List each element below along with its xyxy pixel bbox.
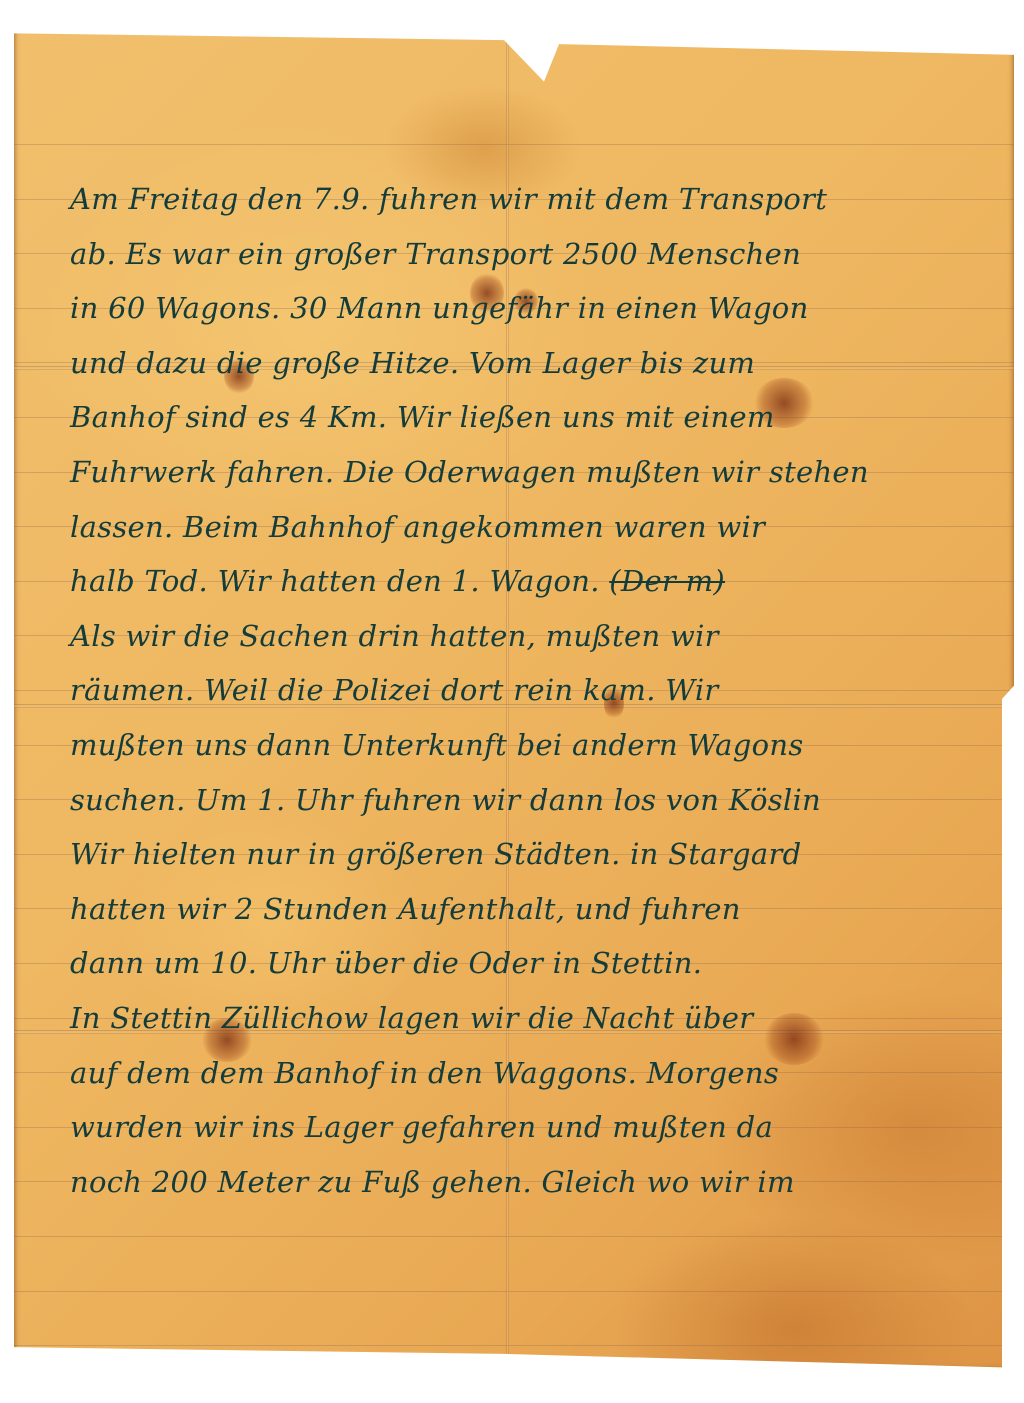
text-line: wurden wir ins Lager gefahren und mußten… [70,1100,970,1155]
text-line: ab. Es war ein großer Transport 2500 Men… [70,227,970,282]
text-line: räumen. Weil die Polizei dort rein kam. … [70,663,970,718]
text-line: Fuhrwerk fahren. Die Oderwagen mußten wi… [70,445,970,500]
text-line: auf dem dem Banhof in den Waggons. Morge… [70,1046,970,1101]
text-line: Wir hielten nur in größeren Städten. in … [70,827,970,882]
ruled-line [14,1400,1014,1401]
text-line: Banhof sind es 4 Km. Wir ließen uns mit … [70,390,970,445]
ruled-line [14,1291,1014,1292]
letter-text: Am Freitag den 7.9. fuhren wir mit dem T… [70,172,970,1209]
ruled-line [14,1345,1014,1346]
text-line: lassen. Beim Bahnhof angekommen waren wi… [70,500,970,555]
struck-through-text: (Der m) [609,564,725,598]
text-line: Als wir die Sachen drin hatten, mußten w… [70,609,970,664]
text-line: Am Freitag den 7.9. fuhren wir mit dem T… [70,172,970,227]
text-line: halb Tod. Wir hatten den 1. Wagon. [70,564,600,598]
text-line: dann um 10. Uhr über die Oder in Stettin… [70,936,970,991]
text-line: suchen. Um 1. Uhr fuhren wir dann los vo… [70,773,970,828]
text-line: in 60 Wagons. 30 Mann ungefähr in einen … [70,281,970,336]
text-line-with-strike: halb Tod. Wir hatten den 1. Wagon. (Der … [70,554,970,609]
text-line: hatten wir 2 Stunden Aufenthalt, und fuh… [70,882,970,937]
ruled-line [14,144,1014,145]
text-line: noch 200 Meter zu Fuß gehen. Gleich wo w… [70,1155,970,1210]
ruled-line [14,1236,1014,1237]
text-line: und dazu die große Hitze. Vom Lager bis … [70,336,970,391]
text-line: In Stettin Züllichow lagen wir die Nacht… [70,991,970,1046]
text-line: mußten uns dann Unterkunft bei andern Wa… [70,718,970,773]
